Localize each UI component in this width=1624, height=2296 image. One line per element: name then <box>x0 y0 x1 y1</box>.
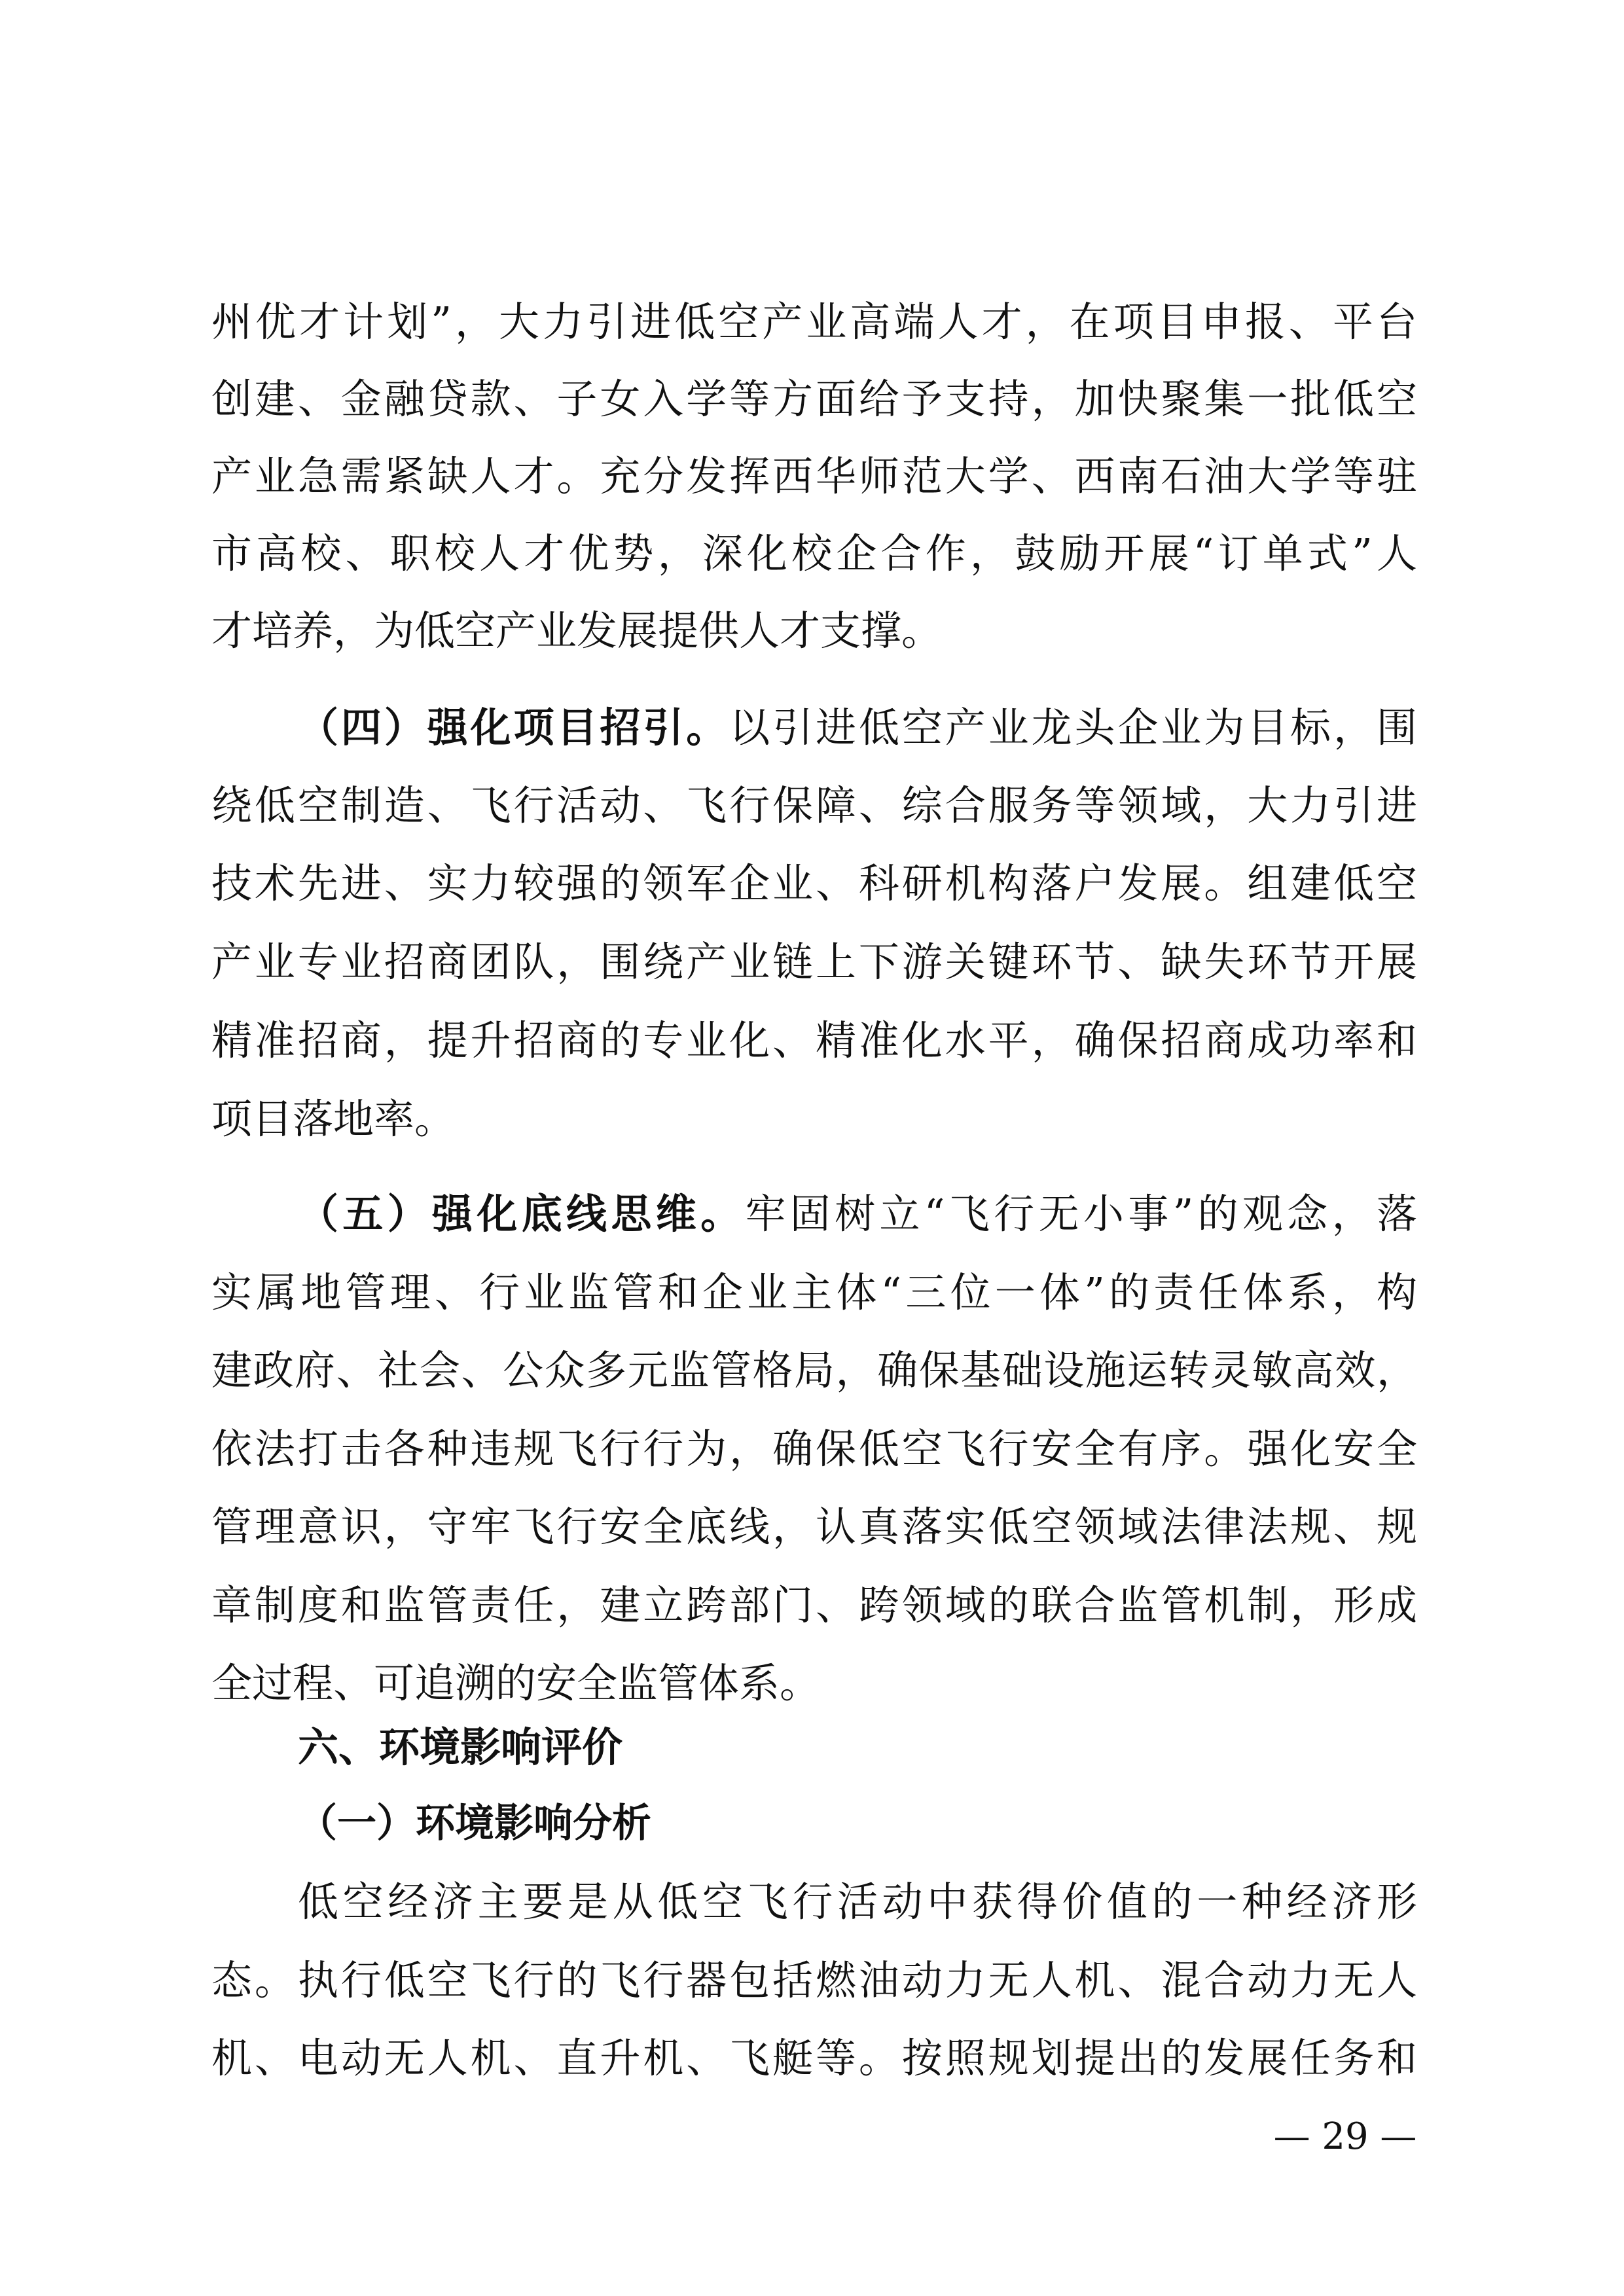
text-line: 市高校、职校人才优势，深化校企合作，鼓励开展“订单式”人 <box>211 528 1417 580</box>
text-line: 全过程、可追溯的安全监管体系。 <box>211 1657 1417 1710</box>
text-line: 创建、金融贷款、子女入学等方面给予支持，加快聚集一批低空 <box>211 373 1417 425</box>
text-run: 牢固树立“飞行无小事”的观念，落 <box>745 1190 1417 1238</box>
text-line: 精准招商，提升招商的专业化、精准化水平，确保招商成功率和 <box>211 1014 1417 1067</box>
text-line: 章制度和监管责任，建立跨部门、跨领域的联合监管机制，形成 <box>211 1579 1417 1632</box>
text-line: 产业急需紧缺人才。充分发挥西华师范大学、西南石油大学等驻 <box>211 450 1417 503</box>
text-line: 才培养，为低空产业发展提供人才支撑。 <box>211 605 1417 657</box>
section-heading: （五）强化底线思维。 <box>298 1190 745 1238</box>
section-heading: （四）强化项目招引。 <box>298 704 729 751</box>
document-page: 州优才计划”，大力引进低空产业高端人才，在项目申报、平台 创建、金融贷款、子女入… <box>0 0 1624 2296</box>
text-line: 产业专业招商团队，围绕产业链上下游关键环节、缺失环节开展 <box>211 936 1417 988</box>
subsection-heading: （一）环境影响分析 <box>298 1797 1417 1850</box>
text-line: 绕低空制造、飞行活动、飞行保障、综合服务等领域，大力引进 <box>211 780 1417 832</box>
text-line: 建政府、社会、公众多元监管格局，确保基础设施运转灵敏高效， <box>211 1344 1417 1397</box>
text-run: 以引进低空产业龙头企业为目标，围 <box>729 704 1417 751</box>
text-line: 低空经济主要是从低空飞行活动中获得价值的一种经济形 <box>298 1876 1417 1928</box>
text-line: 机、电动无人机、直升机、飞艇等。按照规划提出的发展任务和 <box>211 2032 1417 2085</box>
section-4-first-line: （四）强化项目招引。以引进低空产业龙头企业为目标，围 <box>298 702 1417 754</box>
text-line: 依法打击各种违规飞行行为，确保低空飞行安全有序。强化安全 <box>211 1423 1417 1475</box>
text-line: 管理意识，守牢飞行安全底线，认真落实低空领域法律法规、规 <box>211 1501 1417 1553</box>
text-line: 州优才计划”，大力引进低空产业高端人才，在项目申报、平台 <box>211 296 1417 348</box>
text-line: 技术先进、实力较强的领军企业、科研机构落户发展。组建低空 <box>211 857 1417 910</box>
page-number: — 29 — <box>1267 2114 1424 2160</box>
section-5-first-line: （五）强化底线思维。牢固树立“飞行无小事”的观念，落 <box>298 1188 1417 1240</box>
chapter-heading: 六、环境影响评价 <box>298 1721 1417 1774</box>
text-line: 态。执行低空飞行的飞行器包括燃油动力无人机、混合动力无人 <box>211 1954 1417 2007</box>
text-line: 实属地管理、行业监管和企业主体“三位一体”的责任体系，构 <box>211 1266 1417 1319</box>
text-line: 项目落地率。 <box>211 1093 1417 1145</box>
